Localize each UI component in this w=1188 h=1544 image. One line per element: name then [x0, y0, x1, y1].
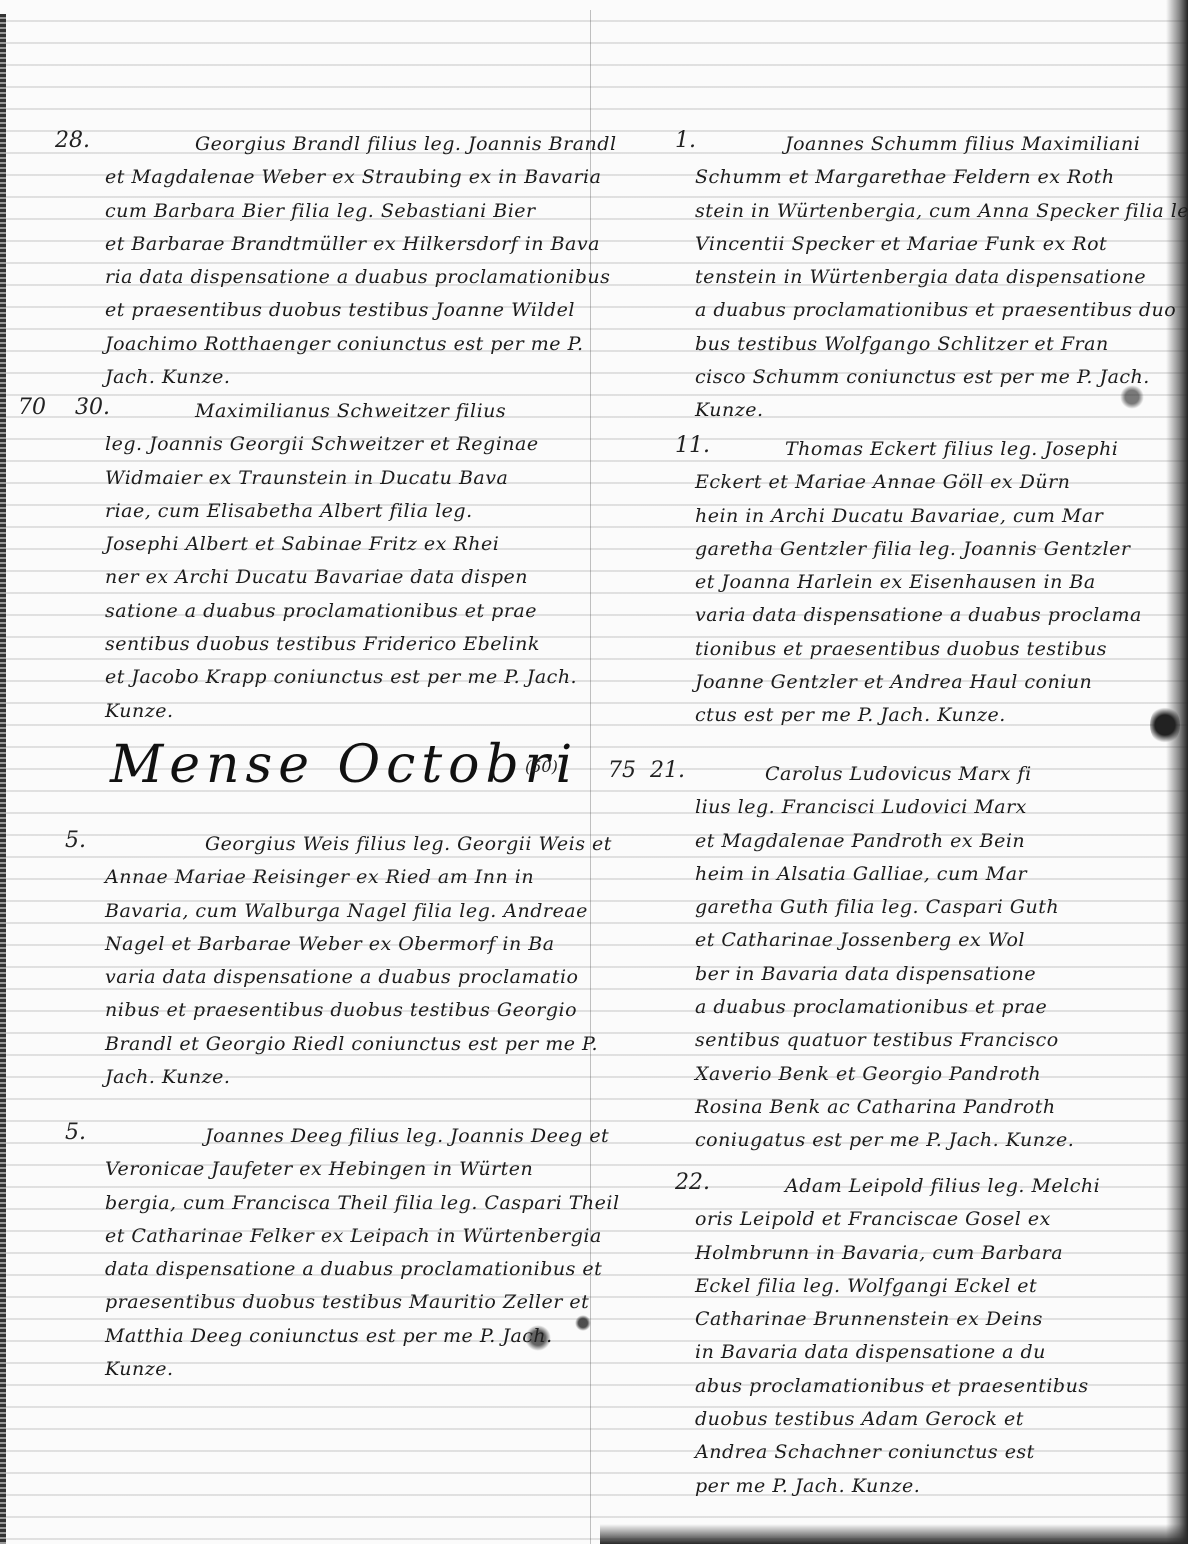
- entry-line: a duabus proclamationibus et prae: [695, 991, 1165, 1024]
- entry-line: coniugatus est per me P. Jach. Kunze.: [695, 1124, 1165, 1157]
- entry-line: hein in Archi Ducatu Bavariae, cum Mar: [695, 500, 1165, 533]
- entry-line: Adam Leipold filius leg. Melchi: [695, 1170, 1165, 1203]
- entry-line: Jach. Kunze.: [105, 1061, 585, 1094]
- entry-line: Catharinae Brunnenstein ex Deins: [695, 1303, 1165, 1336]
- entry-line: et Catharinae Felker ex Leipach in Würte…: [105, 1220, 585, 1253]
- entry-text: Joannes Schumm filius Maximiliani Schumm…: [695, 128, 1165, 428]
- entry-line: a duabus proclamationibus et praesentibu…: [695, 294, 1165, 327]
- entry-line: tenstein in Würtenbergia data dispensati…: [695, 261, 1165, 294]
- entry-line: et praesentibus duobus testibus Joanne W…: [105, 294, 585, 327]
- entry-line: et Barbarae Brandtmüller ex Hilkersdorf …: [105, 228, 585, 261]
- entry-text: Georgius Weis filius leg. Georgii Weis e…: [105, 828, 585, 1094]
- entry-line: praesentibus duobus testibus Mauritio Ze…: [105, 1286, 585, 1319]
- entry-line: oris Leipold et Franciscae Gosel ex: [695, 1203, 1165, 1236]
- entry-text: Maximilianus Schweitzer filius leg. Joan…: [105, 395, 585, 728]
- entry-line: Annae Mariae Reisinger ex Ried am Inn in: [105, 861, 585, 894]
- entry-line: cisco Schumm coniunctus est per me P. Ja…: [695, 361, 1165, 394]
- entry-number: 5.: [65, 828, 86, 853]
- entry-line: Holmbrunn in Bavaria, cum Barbara: [695, 1237, 1165, 1270]
- entry-line: Maximilianus Schweitzer filius: [105, 395, 585, 428]
- entry-line: tionibus et praesentibus duobus testibus: [695, 633, 1165, 666]
- entry-line: Schumm et Margarethae Feldern ex Roth: [695, 161, 1165, 194]
- entry-line: Kunze.: [695, 394, 1165, 427]
- entry-line: Veronicae Jaufeter ex Hebingen in Würten: [105, 1153, 585, 1186]
- entry-line: per me P. Jach. Kunze.: [695, 1470, 1165, 1503]
- entry-text: Joannes Deeg filius leg. Joannis Deeg et…: [105, 1120, 585, 1386]
- entry-line: cum Barbara Bier filia leg. Sebastiani B…: [105, 195, 585, 228]
- entry-line: leg. Joannis Georgii Schweitzer et Regin…: [105, 428, 585, 461]
- entry-line: ctus est per me P. Jach. Kunze.: [695, 699, 1165, 732]
- entry-line: Thomas Eckert filius leg. Josephi: [695, 433, 1165, 466]
- margin-note: 75: [608, 758, 636, 783]
- entry-number: 1.: [675, 128, 696, 153]
- entry-line: Carolus Ludovicus Marx fi: [695, 758, 1165, 791]
- entry-line: Joannes Schumm filius Maximiliani: [695, 128, 1165, 161]
- entry-line: Xaverio Benk et Georgio Pandroth: [695, 1058, 1165, 1091]
- entry-line: Kunze.: [105, 1353, 585, 1386]
- entry-text: Georgius Brandl filius leg. Joannis Bran…: [105, 128, 585, 394]
- entry-line: garetha Guth filia leg. Caspari Guth: [695, 891, 1165, 924]
- entry-line: et Jacobo Krapp coniunctus est per me P.…: [105, 661, 585, 694]
- scan-bottom-edge: [600, 1524, 1188, 1544]
- entry-line: Joachimo Rotthaenger coniunctus est per …: [105, 328, 585, 361]
- entry-line: et Magdalenae Weber ex Straubing ex in B…: [105, 161, 585, 194]
- entry-line: sentibus quatuor testibus Francisco: [695, 1024, 1165, 1057]
- entry-line: et Magdalenae Pandroth ex Bein: [695, 825, 1165, 858]
- entry-line: Rosina Benk ac Catharina Pandroth: [695, 1091, 1165, 1124]
- entry-line: heim in Alsatia Galliae, cum Mar: [695, 858, 1165, 891]
- entry-text: Thomas Eckert filius leg. Josephi Eckert…: [695, 433, 1165, 733]
- entry-line: garetha Gentzler filia leg. Joannis Gent…: [695, 533, 1165, 566]
- entry-line: bergia, cum Francisca Theil filia leg. C…: [105, 1187, 585, 1220]
- ink-blot: [575, 1315, 591, 1331]
- entry-text: Adam Leipold filius leg. Melchi oris Lei…: [695, 1170, 1165, 1503]
- entry-line: varia data dispensatione a duabus procla…: [105, 961, 585, 994]
- entry-line: Brandl et Georgio Riedl coniunctus est p…: [105, 1028, 585, 1061]
- margin-note: 70: [18, 395, 46, 420]
- entry-line: Georgius Brandl filius leg. Joannis Bran…: [105, 128, 585, 161]
- entry-line: Widmaier ex Traunstein in Ducatu Bava: [105, 462, 585, 495]
- entry-line: ber in Bavaria data dispensatione: [695, 958, 1165, 991]
- entry-line: data dispensatione a duabus proclamation…: [105, 1253, 585, 1286]
- ink-blot: [1150, 705, 1180, 745]
- entry-line: et Catharinae Jossenberg ex Wol: [695, 924, 1165, 957]
- entry-line: lius leg. Francisci Ludovici Marx: [695, 791, 1165, 824]
- entry-line: stein in Würtenbergia, cum Anna Specker …: [695, 195, 1165, 228]
- entry-line: bus testibus Wolfgango Schlitzer et Fran: [695, 328, 1165, 361]
- entry-line: abus proclamationibus et praesentibus: [695, 1370, 1165, 1403]
- entry-line: Eckel filia leg. Wolfgangi Eckel et: [695, 1270, 1165, 1303]
- entry-line: in Bavaria data dispensatione a du: [695, 1336, 1165, 1369]
- entry-line: Kunze.: [105, 695, 585, 728]
- entry-line: Eckert et Mariae Annae Göll ex Dürn: [695, 466, 1165, 499]
- entry-line: Josephi Albert et Sabinae Fritz ex Rhei: [105, 528, 585, 561]
- entry-line: ner ex Archi Ducatu Bavariae data dispen: [105, 561, 585, 594]
- entry-line: Bavaria, cum Walburga Nagel filia leg. A…: [105, 895, 585, 928]
- entry-line: Georgius Weis filius leg. Georgii Weis e…: [105, 828, 585, 861]
- entry-line: Vincentii Specker et Mariae Funk ex Rot: [695, 228, 1165, 261]
- entry-line: et Joanna Harlein ex Eisenhausen in Ba: [695, 566, 1165, 599]
- entry-line: satione a duabus proclamationibus et pra…: [105, 595, 585, 628]
- month-heading: Mense Octobri: [110, 735, 578, 795]
- entry-line: ria data dispensatione a duabus proclama…: [105, 261, 585, 294]
- entry-line: sentibus duobus testibus Friderico Ebeli…: [105, 628, 585, 661]
- ink-blot: [1120, 385, 1144, 409]
- scan-left-edge: [0, 14, 6, 1544]
- entry-line: Andrea Schachner coniunctus est: [695, 1436, 1165, 1469]
- scan-right-edge: [1166, 0, 1188, 1544]
- entry-line: Nagel et Barbarae Weber ex Obermorf in B…: [105, 928, 585, 961]
- register-page: 28. Georgius Brandl filius leg. Joannis …: [0, 0, 1188, 1544]
- entry-number: 21.: [650, 758, 685, 783]
- entry-line: nibus et praesentibus duobus testibus Ge…: [105, 994, 585, 1027]
- entry-line: Matthia Deeg coniunctus est per me P. Ja…: [105, 1320, 585, 1353]
- entry-line: riae, cum Elisabetha Albert filia leg.: [105, 495, 585, 528]
- entry-number: 5.: [65, 1120, 86, 1145]
- entry-text: Carolus Ludovicus Marx fi lius leg. Fran…: [695, 758, 1165, 1158]
- entry-line: Joanne Gentzler et Andrea Haul coniun: [695, 666, 1165, 699]
- heading-note: (50): [525, 757, 558, 776]
- entry-number: 28.: [55, 128, 90, 153]
- entry-line: Jach. Kunze.: [105, 361, 585, 394]
- entry-line: Joannes Deeg filius leg. Joannis Deeg et: [105, 1120, 585, 1153]
- entry-line: varia data dispensatione a duabus procla…: [695, 599, 1165, 632]
- ink-blot: [525, 1325, 551, 1351]
- entry-line: duobus testibus Adam Gerock et: [695, 1403, 1165, 1436]
